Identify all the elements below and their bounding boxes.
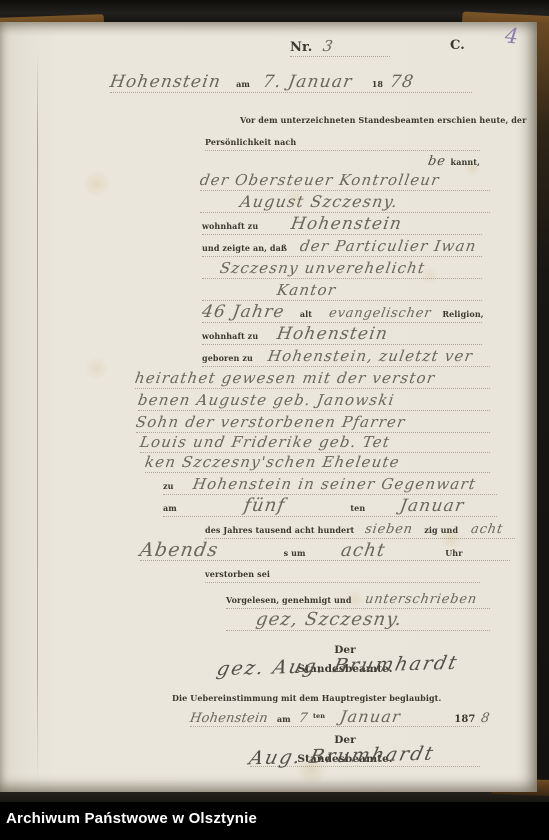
born-line-4: Sohn der verstorbenen Pfarrer: [136, 412, 490, 433]
unterschrieben-handwritten: unterschrieben: [363, 590, 478, 610]
age-religion-line: 46 Jahre alt evangelischer Religion,: [202, 302, 482, 323]
certification-date-line: Hohenstein am 7 ten Januar 187 8: [190, 706, 480, 727]
cert-year-printed: 187: [454, 714, 475, 725]
zeigte-an-label: und zeigte an, daß: [202, 243, 287, 253]
am-label-2: am: [163, 503, 177, 513]
archive-scan-viewer: Nr. 3 C. Hohenstein am 7. Januar 18 78 V…: [0, 0, 549, 840]
uhr-label: Uhr: [445, 548, 462, 558]
death-time-line: Abends s um acht Uhr: [140, 540, 510, 561]
cert-month-handwritten: Januar: [339, 707, 403, 727]
geboren-zu-label: geboren zu: [202, 353, 253, 363]
registrar-signature-1: gez. Aug. Brumhardt: [218, 656, 478, 676]
year-handwritten: 78: [389, 72, 416, 92]
born-line-6: ken Szczesny'schen Eheleute: [145, 452, 490, 473]
age-handwritten: 46 Jahre: [200, 302, 286, 322]
time-of-day-handwritten: Abends: [138, 540, 220, 560]
page-fold-crease: [37, 52, 38, 782]
death-date-line: am fünf ten Januar: [163, 496, 497, 517]
s-um-label: s um: [284, 548, 306, 558]
death-place-line: zu Hohenstein in seiner Gegenwart: [163, 474, 497, 495]
report-line-2: Szczesny unverehelicht: [202, 258, 482, 279]
born-line-5: Louis und Friderike geb. Tet: [140, 432, 490, 453]
ten-label-2: ten: [313, 712, 325, 720]
born-line-3: benen Auguste geb. Janowski: [138, 390, 490, 411]
jahres-label: des Jahres tausend acht hundert: [205, 525, 354, 535]
declarant-name-line: August Szczesny.: [200, 192, 490, 213]
death-day-handwritten: fünf: [242, 496, 286, 516]
year-printed-prefix: 18: [372, 79, 383, 89]
form-letter-c: C.: [450, 34, 465, 54]
head-daymonth-handwritten: 7. Januar: [261, 72, 354, 92]
cert-year-handwritten: 8: [479, 709, 491, 729]
death-year-line: des Jahres tausend acht hundert sieben z…: [205, 518, 515, 539]
verstorben-line: verstorben sei: [205, 562, 480, 583]
report-line-3: Kantor: [202, 280, 482, 301]
born-line-2: heirathet gewesen mit der verstor: [135, 368, 490, 389]
zu-label: zu: [163, 481, 174, 491]
born-line-1: geboren zu Hohenstein, zuletzt ver: [202, 346, 490, 367]
nr-label: Nr.: [290, 40, 312, 55]
register-page: Nr. 3 C. Hohenstein am 7. Januar 18 78 V…: [0, 22, 537, 792]
nr-value-handwritten: 3: [322, 36, 336, 56]
intro-line-2: Persönlichkeit nach: [205, 130, 480, 151]
bekannt-line: be kannt,: [380, 150, 480, 170]
vorgelesen-line: Vorgelesen, genehmigt und unterschrieben: [226, 588, 490, 609]
year-word-1-handwritten: sieben: [364, 520, 415, 540]
registrar-signature-2: Aug. Brumhardt: [250, 746, 480, 767]
death-month-handwritten: Januar: [399, 496, 466, 516]
religion-handwritten: evangelischer: [328, 304, 433, 324]
archive-watermark-label: Archiwum Państwowe w Olsztynie: [6, 810, 257, 827]
certification-line: Die Uebereinstimmung mit dem Hauptregist…: [172, 686, 432, 706]
intro-line-1: Vor dem unterzeichneten Standesbeamten e…: [240, 108, 480, 128]
be-handwritten: be: [426, 152, 447, 172]
archive-watermark-bar: Archiwum Państwowe w Olsztynie: [0, 802, 549, 840]
cert-place-handwritten: Hohenstein: [188, 709, 269, 729]
zig-und-label: zig und: [424, 525, 458, 535]
year-word-2-handwritten: acht: [470, 520, 505, 540]
religion-label: Religion,: [442, 309, 483, 319]
cert-day-handwritten: 7: [297, 709, 309, 729]
kannt-printed: kannt,: [451, 157, 480, 167]
head-date-line: Hohenstein am 7. Januar 18 78: [110, 72, 472, 93]
hour-handwritten: acht: [339, 541, 387, 561]
archival-page-number: 4: [504, 23, 520, 48]
gez-szczesny-line: gez, Szczesny.: [226, 610, 490, 631]
wohnhaft-zu-label-2: wohnhaft zu: [202, 331, 258, 341]
declarant-title-line: der Obersteuer Kontrolleur: [200, 170, 490, 191]
head-place-handwritten: Hohenstein: [108, 72, 222, 92]
report-line-1: und zeigte an, daß der Particulier Iwan: [202, 236, 482, 257]
am-label-3: am: [277, 714, 291, 724]
declarant-residence-line: wohnhaft zu Hohenstein: [202, 214, 482, 235]
ten-label: ten: [350, 503, 365, 513]
am-label: am: [236, 79, 250, 89]
deceased-residence-line: wohnhaft zu Hohenstein: [202, 324, 482, 345]
alt-label: alt: [300, 309, 312, 319]
record-number-line: Nr. 3: [290, 36, 390, 57]
wohnhaft-zu-label-1: wohnhaft zu: [202, 221, 258, 231]
